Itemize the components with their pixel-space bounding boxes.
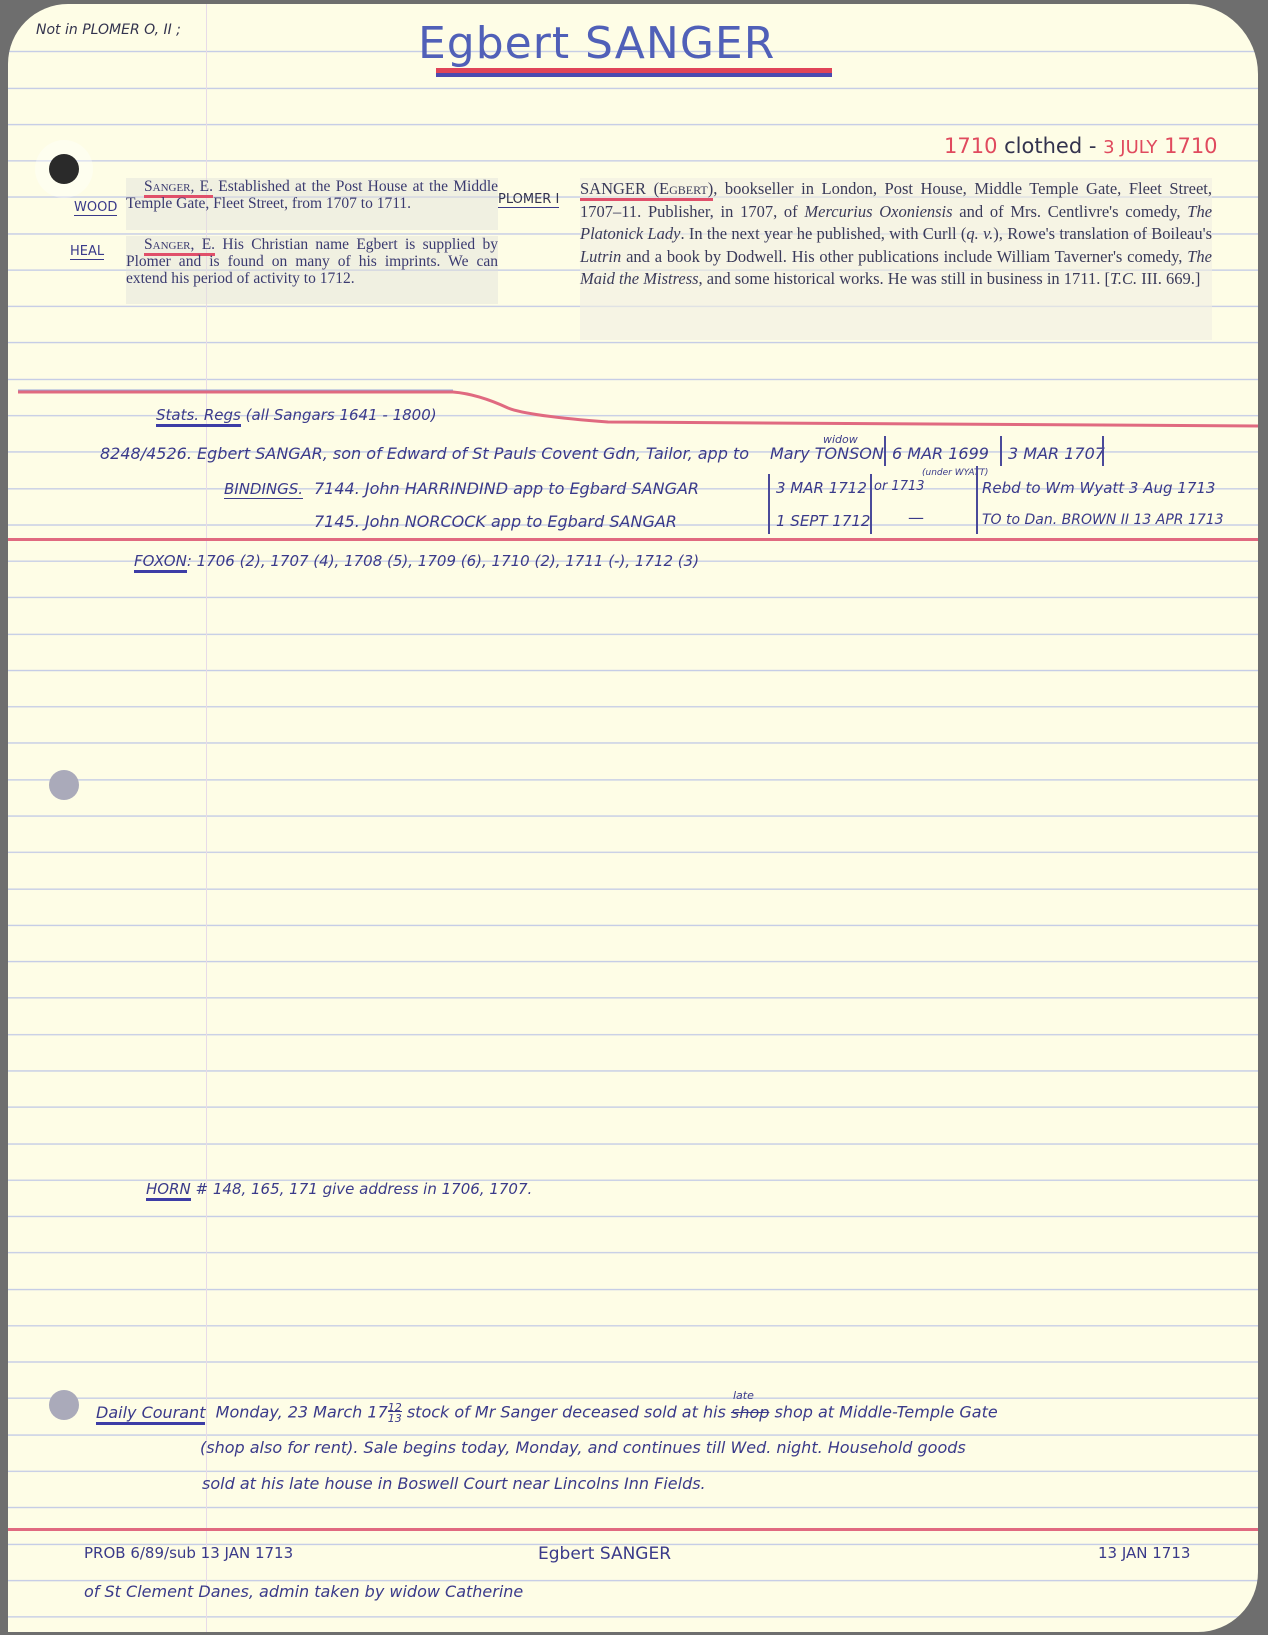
binding-alt: or 1713: [874, 479, 925, 494]
clipping-heading-sub: (Egbert): [654, 179, 714, 198]
entry-ref: 8248/4526.: [100, 444, 192, 463]
binding-text: John NORCOCK app to Egbard SANGAR: [365, 512, 677, 531]
horn-label: HORN: [146, 1180, 191, 1201]
binding-outcome: Rebd to Wm Wyatt 3 Aug 1713: [982, 479, 1215, 497]
column-divider: [768, 474, 770, 534]
binding-ref: 7144.: [314, 479, 360, 498]
binding-alt: —: [908, 508, 924, 527]
courant-text: shop at Middle-Temple Gate: [769, 1403, 997, 1422]
entry-text: Egbert SANGAR, son of Edward of St Pauls…: [197, 444, 749, 463]
clothed-label: clothed -: [1004, 134, 1096, 158]
punch-hole: [49, 770, 79, 800]
stats-regs-heading: Stats. Regs (all Sangars 1641 - 1800): [156, 406, 437, 424]
horn-line: HORN # 148, 165, 171 give address in 170…: [146, 1180, 532, 1198]
column-divider: [976, 466, 978, 534]
daily-courant-label: Daily Courant: [96, 1403, 205, 1425]
binding-row: 7144. John HARRINDIND app to Egbard SANG…: [314, 479, 699, 498]
clothed-line: 1710 clothed - 3 JULY 1710: [944, 134, 1218, 158]
binding-alt-note: (under WYATT): [922, 468, 988, 478]
binding-outcome: TO to Dan. BROWN II 13 APR 1713: [982, 512, 1224, 528]
clothed-date: 3 JULY: [1103, 137, 1157, 158]
daily-courant-line-2: (shop also for rent). Sale begins today,…: [200, 1438, 966, 1457]
source-label-wood: WOOD: [74, 200, 117, 216]
title-lutrin: Lutrin: [580, 247, 621, 266]
courant-text: Monday, 23 March 17: [216, 1403, 388, 1422]
master-name: Mary TONSON: [770, 444, 884, 463]
source-label-plomer: PLOMER I: [498, 192, 559, 208]
page-title: Egbert SANGER: [418, 18, 775, 69]
probate-date: 13 JAN 1713: [1098, 1544, 1190, 1562]
column-divider: [1102, 436, 1104, 466]
probate-name: Egbert SANGER: [538, 1544, 671, 1564]
binding-ref: 7145.: [314, 512, 360, 531]
struck-word: shop: [731, 1403, 769, 1422]
punch-hole: [49, 1390, 79, 1420]
column-divider: [1000, 436, 1002, 466]
clipping-text: ), Rowe's translation of Boileau's: [993, 224, 1212, 243]
clipping-heading: SANGER: [580, 179, 646, 198]
binding-date: 1 SEPT 1712: [776, 512, 870, 530]
column-divider: [884, 436, 886, 466]
fraction: 1213: [388, 1402, 402, 1424]
daily-courant-line-3: sold at his late house in Boswell Court …: [202, 1474, 706, 1493]
clothed-year: 1710: [944, 134, 997, 158]
bindings-label: BINDINGS.: [224, 480, 303, 499]
clipping-plomer: SANGER (Egbert), bookseller in London, P…: [580, 178, 1212, 340]
clipping-text: and of Mrs. Centlivre's comedy,: [953, 202, 1188, 221]
courant-text: stock of Mr Sanger deceased sold at his: [402, 1403, 731, 1422]
probate-text: of St Clement Danes, admin taken by wido…: [84, 1582, 523, 1601]
foxon-label: FOXON: [134, 552, 187, 573]
title-underline-blue: [436, 73, 832, 77]
section-separator: [8, 1528, 1258, 1531]
record-card: Not in PLOMER O, II ; Egbert SANGER 1710…: [8, 4, 1258, 1632]
daily-courant-line-1: Daily Courant Monday, 23 March 171213 st…: [96, 1402, 998, 1424]
stats-regs-entry: 8248/4526. Egbert SANGAR, son of Edward …: [100, 444, 749, 463]
clipping-text: . In the next year he published, with Cu…: [681, 224, 967, 243]
foxon-line: FOXON: 1706 (2), 1707 (4), 1708 (5), 170…: [134, 552, 699, 570]
section-separator: [8, 538, 1258, 541]
tc-ref: T.C.: [1110, 269, 1137, 288]
clipping-text: , and some historical works. He was stil…: [699, 269, 1110, 288]
binding-text: John HARRINDIND app to Egbard SANGAR: [365, 479, 699, 498]
title-mercurius: Mercurius Oxoniensis: [804, 202, 952, 221]
foxon-text: : 1706 (2), 1707 (4), 1708 (5), 1709 (6)…: [187, 552, 699, 570]
freed-date: 3 MAR 1707: [1008, 444, 1105, 463]
clothed-date-year: 1710: [1164, 134, 1217, 158]
clipping-heal: Sanger, E. His Christian name Egbert is …: [126, 236, 498, 304]
stats-regs-label: Stats. Regs: [156, 406, 241, 427]
qv: q. v.: [966, 224, 993, 243]
clipping-wood: Sanger, E. Established at the Post House…: [126, 178, 498, 230]
binding-row: 7145. John NORCOCK app to Egbard SANGAR: [314, 512, 677, 531]
probate-ref: PROB 6/89/sub 13 JAN 1713: [84, 1544, 293, 1562]
plomer-note: Not in PLOMER O, II ;: [36, 22, 181, 38]
clipping-text: III. 669.]: [1137, 269, 1200, 288]
stats-regs-note: (all Sangars 1641 - 1800): [246, 406, 437, 424]
fraction-bottom: 13: [388, 1411, 402, 1425]
inserted-word: late: [733, 1389, 754, 1402]
punch-hole: [49, 154, 79, 184]
source-label-heal: HEAL: [70, 244, 104, 260]
binding-date: 3 MAR 1712: [776, 479, 867, 497]
bound-date: 6 MAR 1699: [892, 444, 989, 463]
horn-text: # 148, 165, 171 give address in 1706, 17…: [196, 1180, 533, 1198]
clipping-text: and a book by Dodwell. His other publica…: [621, 247, 1187, 266]
